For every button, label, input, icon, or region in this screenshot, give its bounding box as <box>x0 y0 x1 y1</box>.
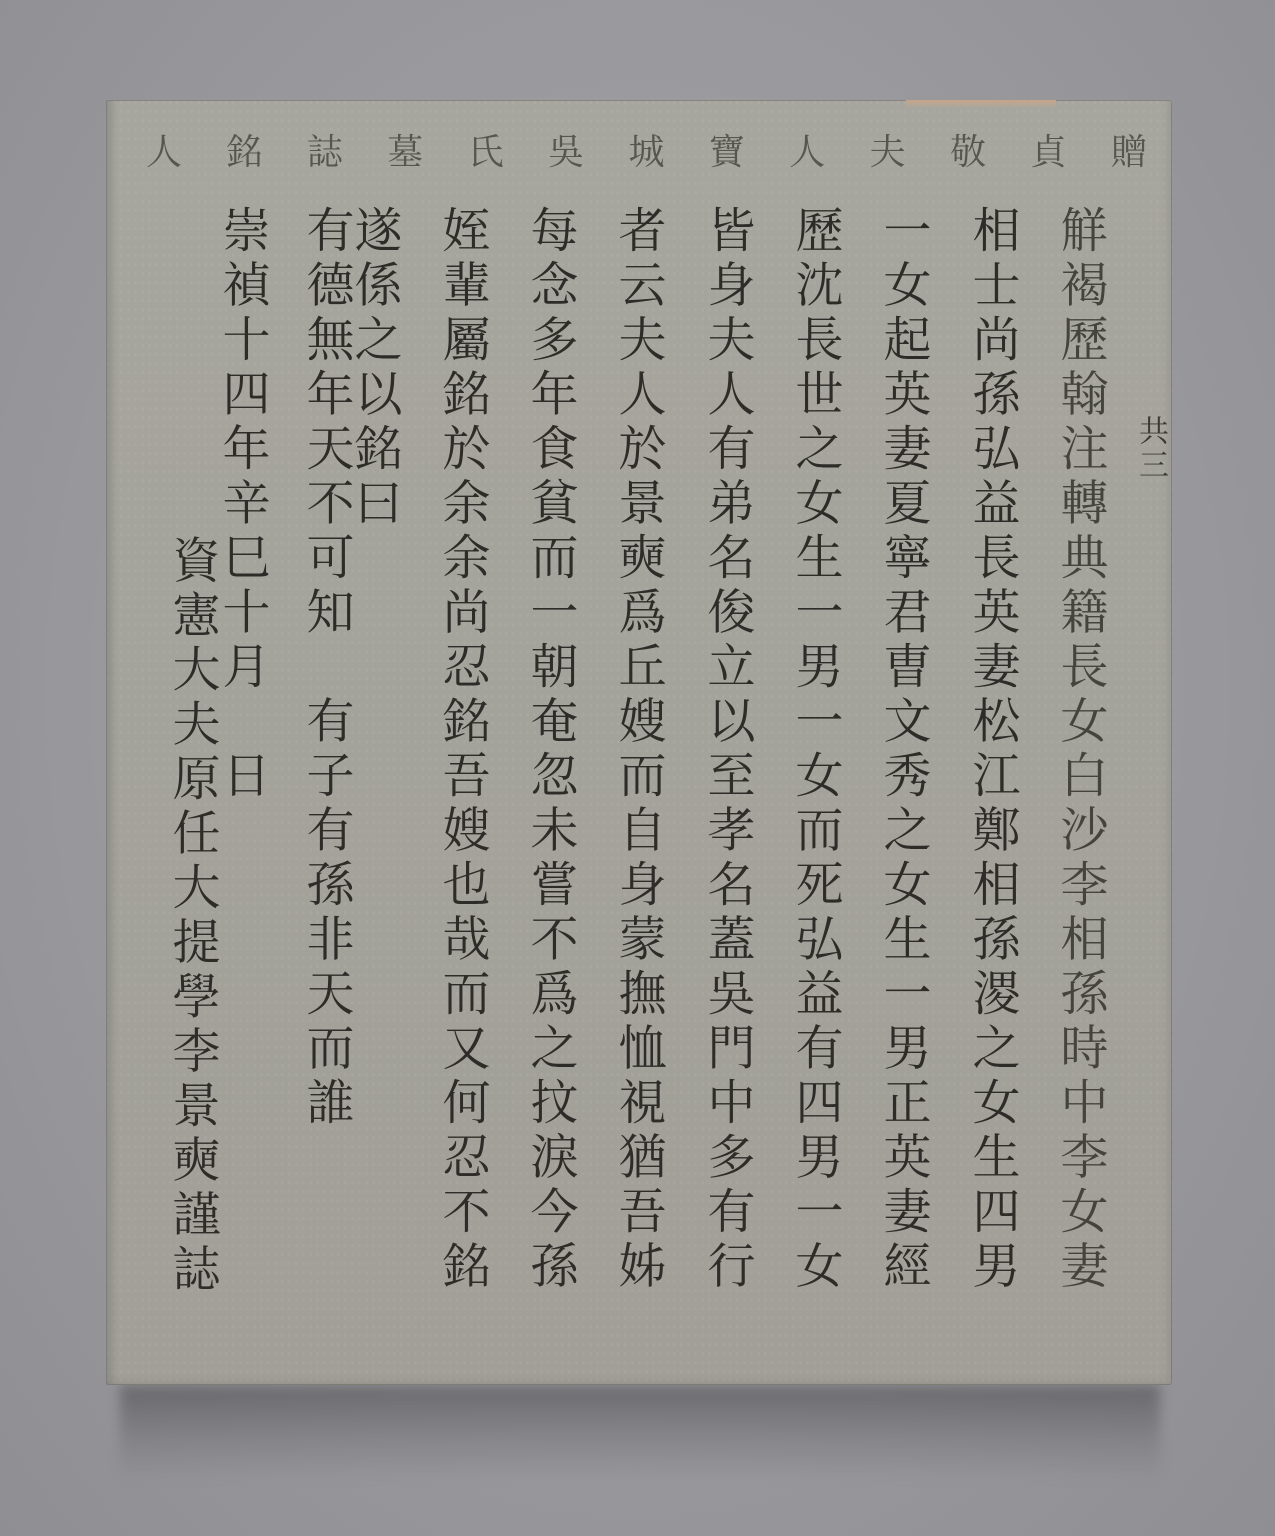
chipped-edge <box>906 100 1056 108</box>
inscription-column-6: 者云夫人於景奭爲丘嫂而自身蒙撫恤視猶吾姊 <box>614 205 662 1295</box>
title-char: 人 <box>789 135 825 171</box>
inscription-column-1: 觧褐歷翰注轉典籍長女白沙李相孫時中李女妻 <box>1056 205 1104 1295</box>
inscription-column-11: 崇禎十四年辛巳十月 日 <box>218 205 266 805</box>
title-char: 誌 <box>307 135 343 171</box>
inscription-column-3: 一女起英妻夏寧君曺文秀之女生一男正英妻經 <box>879 205 927 1295</box>
title-char: 貞 <box>1030 135 1066 171</box>
inscription-column-8: 姪輩屬銘於余余尚忍銘吾嫂也哉而又何忍不銘 <box>438 205 486 1295</box>
title-char: 贈 <box>1111 135 1147 171</box>
tablet-shadow <box>120 1385 1160 1480</box>
title-char: 夫 <box>870 135 906 171</box>
inscription-column-4: 歷沈長世之女生一男一女而死弘益有四男一女 <box>791 205 839 1295</box>
inscription-column-2: 相士尚孫弘益長英妻松江鄭相孫溭之女生四男 <box>968 205 1016 1295</box>
epitaph-tablet: 贈 貞 敬 夫 人 寶 城 吳 氏 墓 誌 銘 人 共三 觧褐歷翰注轉典籍長女白… <box>106 100 1172 1385</box>
title-char: 銘 <box>226 135 262 171</box>
tablet-title: 贈 貞 敬 夫 人 寶 城 吳 氏 墓 誌 銘 人 <box>146 128 1147 178</box>
title-char: 吳 <box>548 135 584 171</box>
title-char: 墓 <box>387 135 423 171</box>
title-char: 氏 <box>468 135 504 171</box>
inscription-column-12: 資憲大夫原任大提學李景奭謹誌 <box>168 535 216 1298</box>
marginal-note: 共三 <box>1128 415 1172 483</box>
title-char: 城 <box>628 135 664 171</box>
title-char: 人 <box>146 135 182 171</box>
inscription-column-7: 每念多年食貧而一朝奄忽未嘗不爲之抆淚今孫 <box>526 205 574 1295</box>
inscription-column-10: 有德無年天不可知 有子有孫非天而誰 <box>302 205 350 1132</box>
inscription-column-5: 皆身夫人有弟名俊立以至孝名蓋吳門中多有行 <box>703 205 751 1295</box>
title-char: 寶 <box>709 135 745 171</box>
inscription-column-9: 遂係之以銘曰 <box>350 205 398 532</box>
title-char: 敬 <box>950 135 986 171</box>
